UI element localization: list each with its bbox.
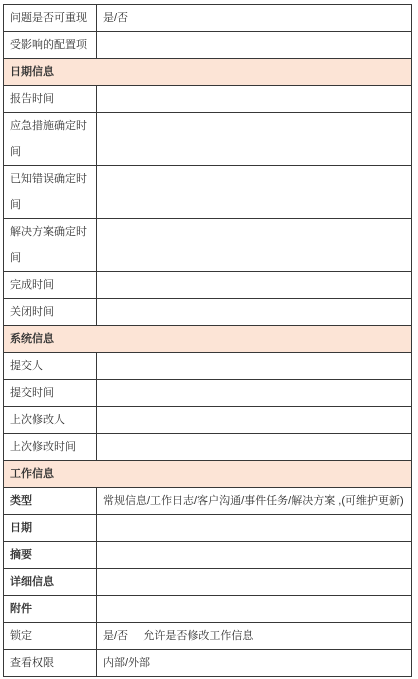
field-label: 摘要 — [4, 542, 97, 569]
table-row: 问题是否可重现是/否 — [4, 5, 412, 32]
field-value — [97, 219, 412, 272]
field-label: 应急措施确定时间 — [4, 113, 97, 166]
field-value — [97, 166, 412, 219]
field-value: 是/否 允许是否修改工作信息 — [97, 623, 412, 650]
section-header-row: 工作信息 — [4, 461, 412, 488]
field-value — [97, 569, 412, 596]
field-value: 常规信息/工作日志/客户沟通/事件任务/解决方案 ,(可维护更新) — [97, 488, 412, 515]
field-value — [97, 380, 412, 407]
field-value: 是/否 — [97, 5, 412, 32]
field-label: 受影响的配置项 — [4, 32, 97, 59]
table-row: 提交人 — [4, 353, 412, 380]
info-table-body: 问题是否可重现是/否受影响的配置项日期信息报告时间应急措施确定时间已知错误确定时… — [4, 5, 412, 677]
table-row: 报告时间 — [4, 86, 412, 113]
field-value — [97, 299, 412, 326]
field-value — [97, 272, 412, 299]
field-value — [97, 86, 412, 113]
table-row: 完成时间 — [4, 272, 412, 299]
field-label: 提交人 — [4, 353, 97, 380]
info-table: 问题是否可重现是/否受影响的配置项日期信息报告时间应急措施确定时间已知错误确定时… — [3, 4, 412, 677]
table-row: 详细信息 — [4, 569, 412, 596]
table-row: 查看权限内部/外部 — [4, 650, 412, 677]
table-row: 类型常规信息/工作日志/客户沟通/事件任务/解决方案 ,(可维护更新) — [4, 488, 412, 515]
table-row: 已知错误确定时间 — [4, 166, 412, 219]
field-value — [97, 353, 412, 380]
section-title: 工作信息 — [4, 461, 412, 488]
table-row: 摘要 — [4, 542, 412, 569]
field-label: 关闭时间 — [4, 299, 97, 326]
field-value — [97, 596, 412, 623]
field-label: 类型 — [4, 488, 97, 515]
section-header-row: 日期信息 — [4, 59, 412, 86]
section-title: 系统信息 — [4, 326, 412, 353]
field-label: 已知错误确定时间 — [4, 166, 97, 219]
table-row: 应急措施确定时间 — [4, 113, 412, 166]
field-value — [97, 542, 412, 569]
field-label: 完成时间 — [4, 272, 97, 299]
table-row: 上次修改时间 — [4, 434, 412, 461]
field-value — [97, 113, 412, 166]
table-row: 日期 — [4, 515, 412, 542]
table-row: 提交时间 — [4, 380, 412, 407]
field-label: 提交时间 — [4, 380, 97, 407]
table-row: 解决方案确定时间 — [4, 219, 412, 272]
table-row: 锁定是/否 允许是否修改工作信息 — [4, 623, 412, 650]
field-value — [97, 32, 412, 59]
field-label: 上次修改时间 — [4, 434, 97, 461]
table-row: 关闭时间 — [4, 299, 412, 326]
table-row: 受影响的配置项 — [4, 32, 412, 59]
table-row: 上次修改人 — [4, 407, 412, 434]
field-value: 内部/外部 — [97, 650, 412, 677]
field-value — [97, 434, 412, 461]
field-label: 报告时间 — [4, 86, 97, 113]
field-label: 详细信息 — [4, 569, 97, 596]
field-label: 问题是否可重现 — [4, 5, 97, 32]
field-label: 查看权限 — [4, 650, 97, 677]
field-value — [97, 515, 412, 542]
field-value — [97, 407, 412, 434]
field-label: 锁定 — [4, 623, 97, 650]
section-header-row: 系统信息 — [4, 326, 412, 353]
section-title: 日期信息 — [4, 59, 412, 86]
table-row: 附件 — [4, 596, 412, 623]
field-label: 日期 — [4, 515, 97, 542]
field-label: 附件 — [4, 596, 97, 623]
field-label: 上次修改人 — [4, 407, 97, 434]
field-label: 解决方案确定时间 — [4, 219, 97, 272]
